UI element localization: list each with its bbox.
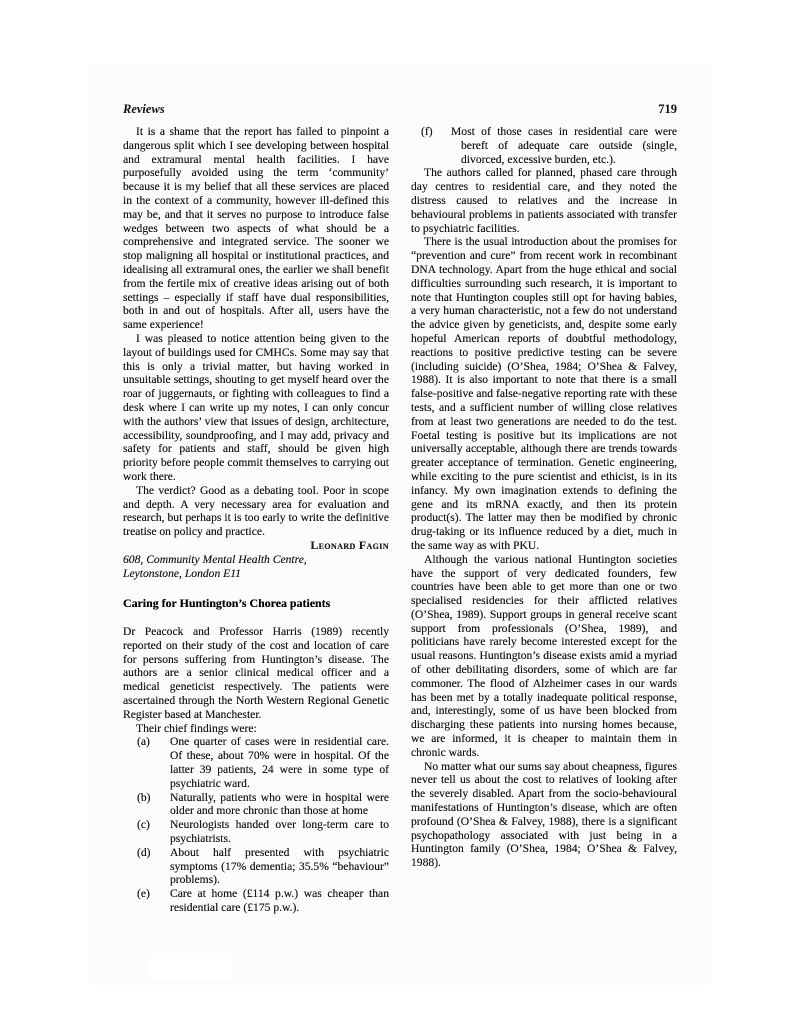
- article-paragraph: The authors called for planned, phased c…: [411, 166, 677, 235]
- scan-edge-artifact: [150, 953, 232, 981]
- review-paragraph: It is a shame that the report has failed…: [123, 125, 389, 332]
- two-column-body: It is a shame that the report has failed…: [123, 125, 677, 915]
- finding-text: Neurologists handed over long-term care …: [170, 818, 389, 846]
- finding-marker: (b): [137, 791, 170, 819]
- finding-text: One quarter of cases were in residential…: [170, 735, 389, 790]
- article-heading: Caring for Huntington’s Chorea patients: [123, 597, 389, 611]
- finding-marker: (a): [137, 735, 170, 790]
- finding-item: (a) One quarter of cases were in residen…: [123, 735, 389, 790]
- finding-text: Most of those cases in residential care …: [451, 125, 677, 166]
- finding-marker: (d): [137, 846, 170, 887]
- page-content: Reviews 719 It is a shame that the repor…: [123, 102, 677, 915]
- reviewer-address-line: Leytonstone, London E11: [123, 567, 389, 581]
- left-column: It is a shame that the report has failed…: [123, 125, 389, 915]
- finding-item: (f) Most of those cases in residential c…: [411, 125, 677, 166]
- article-paragraph: There is the usual introduction about th…: [411, 235, 677, 552]
- finding-item: (e) Care at home (£114 p.w.) was cheaper…: [123, 887, 389, 915]
- right-column: (f) Most of those cases in residential c…: [411, 125, 677, 915]
- section-title: Reviews: [123, 102, 165, 117]
- finding-marker: (e): [137, 887, 170, 915]
- finding-marker: (f): [421, 125, 451, 166]
- article-paragraph: Although the various national Huntington…: [411, 553, 677, 760]
- review-paragraph: I was pleased to notice attention being …: [123, 332, 389, 484]
- article-intro-paragraph: Dr Peacock and Professor Harris (1989) r…: [123, 625, 389, 722]
- finding-item: (d) About half presented with psychiatri…: [123, 846, 389, 887]
- finding-text: About half presented with psychiatric sy…: [170, 846, 389, 887]
- finding-text: Naturally, patients who were in hospital…: [170, 791, 389, 819]
- finding-marker: (c): [137, 818, 170, 846]
- finding-item: (c) Neurologists handed over long-term c…: [123, 818, 389, 846]
- running-head: Reviews 719: [123, 102, 677, 117]
- findings-intro: Their chief findings were:: [123, 722, 389, 736]
- finding-text: Care at home (£114 p.w.) was cheaper tha…: [170, 887, 389, 915]
- article-paragraph: No matter what our sums say about cheapn…: [411, 760, 677, 870]
- reviewer-signature: Leonard Fagin: [123, 539, 389, 553]
- finding-item: (b) Naturally, patients who were in hosp…: [123, 791, 389, 819]
- page-number: 719: [658, 102, 677, 117]
- reviewer-address-line: 608, Community Mental Health Centre,: [123, 553, 389, 567]
- review-paragraph: The verdict? Good as a debating tool. Po…: [123, 484, 389, 539]
- scanned-journal-page: Reviews 719 It is a shame that the repor…: [88, 64, 712, 985]
